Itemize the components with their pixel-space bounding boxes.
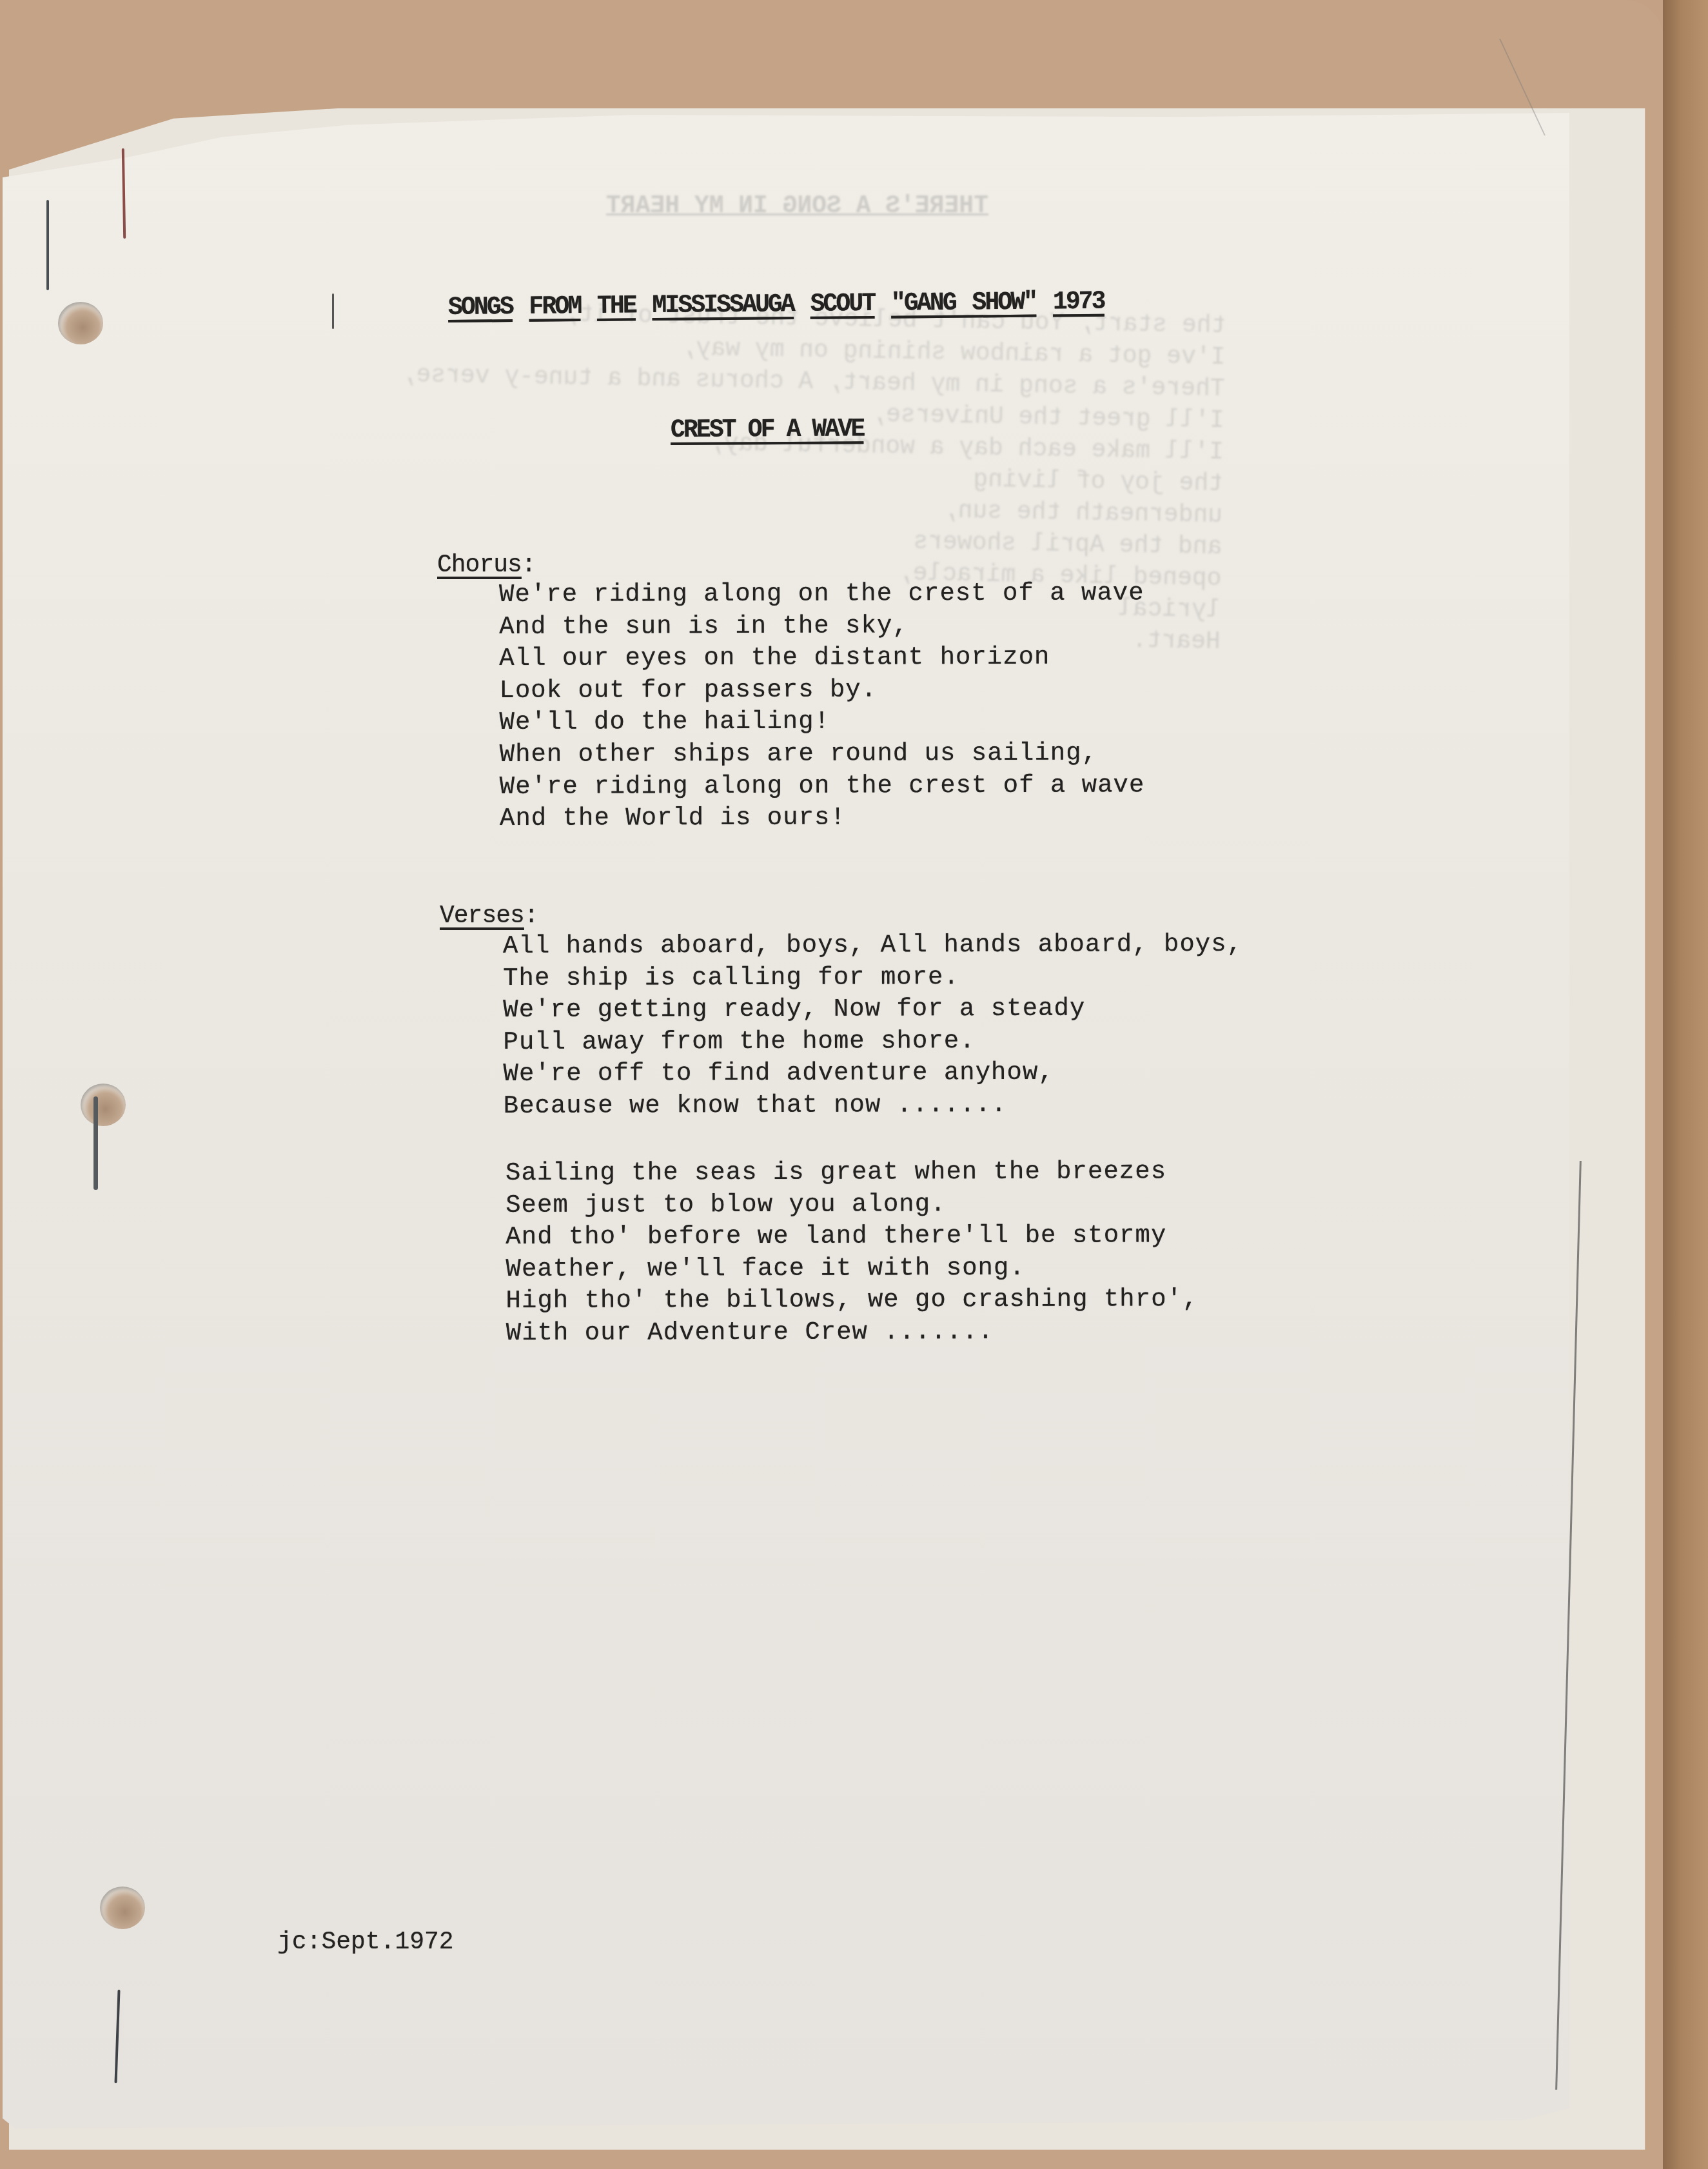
verse-line: Pull away from the home shore. (503, 1025, 1242, 1059)
verse-line: High tho' the billows, we go crashing th… (506, 1284, 1199, 1318)
chorus-line: We're riding along on the crest of a wav… (499, 577, 1144, 611)
verses-label-colon: : (524, 902, 538, 930)
title-word: THE (597, 292, 636, 321)
document-content: SONGS FROM THE MISSISSAUGA SCOUT "GANG S… (0, 0, 1708, 2169)
title-word: SCOUT (810, 290, 874, 319)
title-word: 1973 (1053, 288, 1104, 317)
chorus-lyrics: We're riding along on the crest of a wav… (499, 577, 1145, 835)
chorus-line: All our eyes on the distant horizon (499, 642, 1144, 675)
verse-line: Seem just to blow you along. (506, 1188, 1198, 1222)
title-word: MISSISSAUGA (652, 290, 794, 321)
verse-line: With our Adventure Crew ....... (506, 1316, 1199, 1349)
verse-line: The ship is calling for more. (503, 961, 1242, 995)
chorus-line: And the sun is in the sky, (499, 609, 1144, 643)
song-title: CREST OF A WAVE (671, 415, 864, 445)
verse-line: All hands aboard, boys, All hands aboard… (503, 929, 1242, 963)
verses-label: Verses: (440, 902, 538, 930)
title-word: "GANG SHOW" (891, 288, 1037, 319)
verse-line: We're getting ready, Now for a steady (503, 993, 1242, 1027)
chorus-line: And the World is ours! (500, 802, 1145, 835)
chorus-line: We'll do the hailing! (500, 706, 1145, 739)
chorus-line: Look out for passers by. (499, 673, 1144, 707)
title-word: SONGS (448, 293, 513, 322)
verse-line: We're off to find adventure anyhow, (504, 1056, 1243, 1091)
title-word: FROM (529, 292, 580, 322)
verse-line: Weather, we'll face it with song. (506, 1252, 1198, 1285)
verse-line: Because we know that now ....... (504, 1089, 1243, 1123)
chorus-label-text: Chorus (437, 551, 522, 579)
typist-date-note: jc:Sept.1972 (277, 1928, 454, 1956)
verse-stanza-2: Sailing the seas is great when the breez… (506, 1156, 1199, 1349)
verse-stanza-1: All hands aboard, boys, All hands aboard… (503, 929, 1243, 1123)
chorus-label: Chorus: (437, 551, 536, 579)
chorus-label-colon: : (522, 551, 536, 579)
verse-line: Sailing the seas is great when the breez… (506, 1156, 1198, 1189)
chorus-line: We're riding along on the crest of a wav… (500, 769, 1145, 803)
verse-line: And tho' before we land there'll be stor… (506, 1220, 1198, 1253)
verses-label-text: Verses (440, 902, 524, 930)
chorus-line: When other ships are round us sailing, (500, 737, 1145, 771)
page-title: SONGS FROM THE MISSISSAUGA SCOUT "GANG S… (448, 288, 1104, 322)
